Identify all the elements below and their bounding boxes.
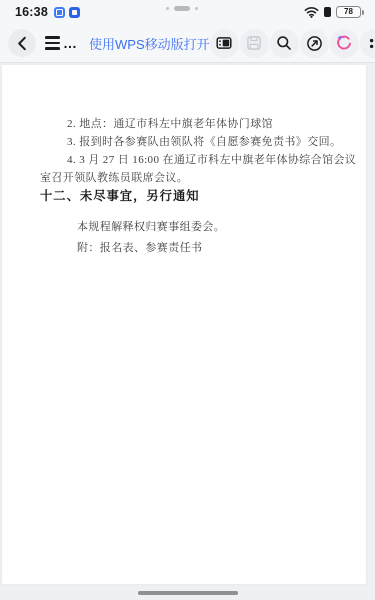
chevron-left-icon — [17, 36, 27, 51]
document-viewport[interactable]: 2. 地点：通辽市科左中旗老年体协门球馆 3. 报到时各参赛队由领队将《自愿参赛… — [0, 63, 375, 599]
doc-line-rights: 本规程解释权归赛事组委会。 — [40, 217, 358, 238]
status-bar-right: 78 — [304, 6, 361, 18]
doc-line-meeting-2: 室召开领队教练员联席会议。 — [40, 169, 358, 187]
back-button[interactable] — [8, 29, 36, 57]
hamburger-icon — [45, 36, 60, 50]
doc-line-checkin: 3. 报到时各参赛队由领队将《自愿参赛免责书》交回。 — [40, 133, 358, 151]
battery-indicator: 78 — [336, 6, 361, 18]
search-button[interactable] — [270, 29, 299, 58]
notification-app-icon-2 — [69, 7, 80, 18]
grid-dots-icon — [367, 36, 375, 51]
doc-line-location: 2. 地点：通辽市科左中旗老年体协门球馆 — [40, 115, 358, 133]
title-ellipsis: … — [63, 36, 78, 50]
camera-cutout — [166, 6, 198, 11]
status-bar-left: 16:38 — [15, 5, 80, 19]
toolbar: … 使用WPS移动版打开 — [0, 24, 375, 63]
toolbar-actions — [210, 29, 375, 58]
clock: 16:38 — [15, 5, 48, 19]
wifi-icon — [304, 6, 319, 18]
share-icon — [306, 35, 323, 52]
save-button[interactable] — [240, 29, 269, 58]
document-text: 2. 地点：通辽市科左中旗老年体协门球馆 3. 报到时各参赛队由领队将《自愿参赛… — [2, 65, 366, 259]
save-icon — [246, 35, 262, 51]
panel-icon — [216, 35, 232, 51]
share-button[interactable] — [300, 29, 329, 58]
more-tools-button[interactable] — [360, 29, 375, 58]
open-with-wps-button[interactable]: 使用WPS移动版打开 — [89, 34, 210, 53]
status-app-icon — [324, 7, 331, 17]
battery-percent: 78 — [344, 8, 353, 16]
phone-screen: 16:38 78 — [0, 0, 375, 600]
notification-app-icon-1 — [54, 7, 65, 18]
home-indicator[interactable] — [138, 591, 238, 595]
doc-heading-12: 十二、未尽事宜，另行通知 — [40, 187, 358, 205]
ai-sparkle-icon — [335, 34, 353, 52]
document-title-menu[interactable]: … — [45, 36, 78, 50]
outline-panel-button[interactable] — [210, 29, 239, 58]
status-bar: 16:38 78 — [0, 0, 375, 24]
doc-line-attachment: 附：报名表、参赛责任书 — [40, 238, 358, 259]
document-page[interactable]: 2. 地点：通辽市科左中旗老年体协门球馆 3. 报到时各参赛队由领队将《自愿参赛… — [2, 65, 366, 584]
ai-assistant-button[interactable] — [330, 29, 359, 58]
doc-line-meeting-1: 4. 3 月 27 日 16:00 在通辽市科左中旗老年体协综合馆会议 — [40, 151, 358, 169]
search-icon — [276, 35, 292, 51]
